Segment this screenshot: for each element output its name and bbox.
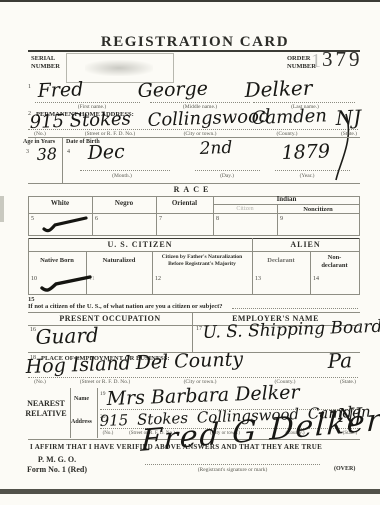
present-occupation-header: PRESENT OCCUPATION — [28, 314, 192, 323]
signature-caption: (Registrant's signature or mark) — [155, 467, 310, 473]
divider — [28, 183, 360, 184]
us-citizen-header: U. S. CITIZEN — [28, 240, 252, 249]
dob-month-sublabel: (Month.) — [92, 173, 152, 179]
alien-header: ALIEN — [252, 240, 359, 249]
citizen-table-border — [28, 294, 360, 295]
field-number-19: 19 — [100, 391, 106, 397]
writing-line — [275, 170, 350, 171]
age-handwriting: 38 — [36, 144, 57, 164]
race-indian-noncitizen-label: Noncitizen — [279, 206, 357, 213]
serial-number-label: SERIAL — [31, 55, 60, 63]
divider — [62, 137, 63, 183]
race-table-border — [28, 213, 360, 214]
field-number-4: 4 — [67, 149, 70, 155]
address-county-handwriting: Camden — [251, 105, 327, 129]
race-citizen-number: 8 — [216, 216, 219, 222]
field-number-17: 17 — [196, 326, 202, 332]
white-checkmark-icon — [40, 216, 90, 234]
race-negro-number: 6 — [95, 216, 98, 222]
writing-line — [150, 102, 250, 103]
order-number-faint-digit: 1 — [311, 50, 321, 73]
writing-line — [253, 102, 355, 103]
employment-county-handwriting: Del County — [135, 348, 243, 374]
employment-state-sublabel: (State.) — [326, 379, 370, 385]
writing-line — [28, 129, 358, 130]
dob-day-handwriting: 2nd — [199, 138, 232, 159]
race-table-border — [277, 205, 278, 235]
race-table-border — [28, 235, 360, 236]
first-name-handwriting: Fred — [37, 78, 83, 102]
order-number-value: 379 — [322, 47, 363, 72]
over-text: (OVER) — [334, 466, 355, 472]
race-oriental-label: Oriental — [156, 199, 213, 207]
writing-line — [80, 170, 170, 171]
field-number-15: 15 — [28, 296, 35, 303]
race-white-number: 5 — [31, 216, 34, 222]
native-born-label: Native Born — [28, 257, 86, 264]
citizen-table-border — [359, 238, 360, 294]
naturalized-label: Naturalized — [86, 257, 152, 264]
writing-line — [35, 102, 140, 103]
father-naturalization-label-2: Before Registrant's Majority — [152, 261, 252, 268]
race-table-border — [213, 204, 360, 205]
field-number-3: 3 — [26, 149, 29, 155]
race-white-label: White — [28, 199, 92, 207]
serial-number-label-2: NUMBER — [31, 63, 60, 71]
relative-address-label: Address — [71, 419, 92, 425]
occupation-handwriting: Guard — [35, 323, 99, 349]
question-15-text: If not a citizen of the U. S., of what n… — [28, 303, 223, 310]
citizen-table-border — [28, 238, 360, 239]
employment-place-handwriting: Hog Island — [25, 352, 131, 378]
nondeclarant-label-2: declarant — [310, 262, 359, 270]
employment-no-sublabel: (No.) — [20, 379, 60, 385]
relative-table-border — [70, 388, 71, 438]
race-indian-label: Indian — [213, 195, 360, 203]
question-15-blank — [232, 308, 358, 309]
native-born-checkmark-icon — [38, 274, 94, 294]
nondeclarant-number: 14 — [313, 276, 319, 282]
divider — [28, 137, 360, 138]
dob-month-handwriting: Dec — [87, 141, 125, 164]
father-naturalization-number: 12 — [155, 276, 161, 282]
employment-state-handwriting: Pa — [327, 348, 352, 373]
declarant-number: 13 — [255, 276, 261, 282]
serial-number-faint-stamp — [85, 60, 153, 76]
writing-line — [195, 170, 260, 171]
nearest-relative-label: NEAREST — [24, 399, 68, 409]
dob-day-sublabel: (Day.) — [202, 173, 252, 179]
registration-card: REGISTRATION CARD SERIAL NUMBER ORDER NU… — [0, 0, 380, 505]
scan-edge-bottom — [0, 489, 380, 494]
race-noncitizen-number: 9 — [280, 216, 283, 222]
writing-line — [28, 377, 358, 378]
signature-line — [145, 464, 320, 465]
race-indian-citizen-label: Citizen — [216, 206, 274, 212]
middle-name-handwriting: George — [137, 78, 208, 102]
page-title: REGISTRATION CARD — [60, 34, 330, 51]
scan-artifact — [0, 196, 4, 222]
nondeclarant-label: Non- — [310, 254, 359, 262]
last-name-handwriting: Delker — [244, 76, 313, 102]
form-number-text: Form No. 1 (Red) — [18, 465, 96, 475]
dob-year-sublabel: (Year.) — [282, 173, 332, 179]
employment-street-sublabel: (Street or R. F. D. No.) — [60, 379, 150, 385]
form-id-text: P. M. G. O. — [18, 455, 96, 465]
field-number-1: 1 — [28, 84, 31, 90]
race-oriental-number: 7 — [159, 216, 162, 222]
scan-edge-top — [0, 0, 380, 2]
relative-name-label: Name — [74, 396, 89, 402]
race-section-title: RACE — [120, 185, 266, 194]
declarant-label: Declarant — [252, 257, 310, 264]
nearest-relative-label-2: RELATIVE — [24, 409, 68, 419]
native-born-number: 10 — [31, 276, 37, 282]
father-naturalization-label: Citizen by Father's Naturalization — [152, 254, 252, 261]
occupation-table-border — [28, 312, 360, 313]
race-negro-label: Negro — [92, 199, 156, 207]
ink-flourish — [330, 112, 360, 184]
dob-year-handwriting: 1879 — [281, 140, 330, 164]
